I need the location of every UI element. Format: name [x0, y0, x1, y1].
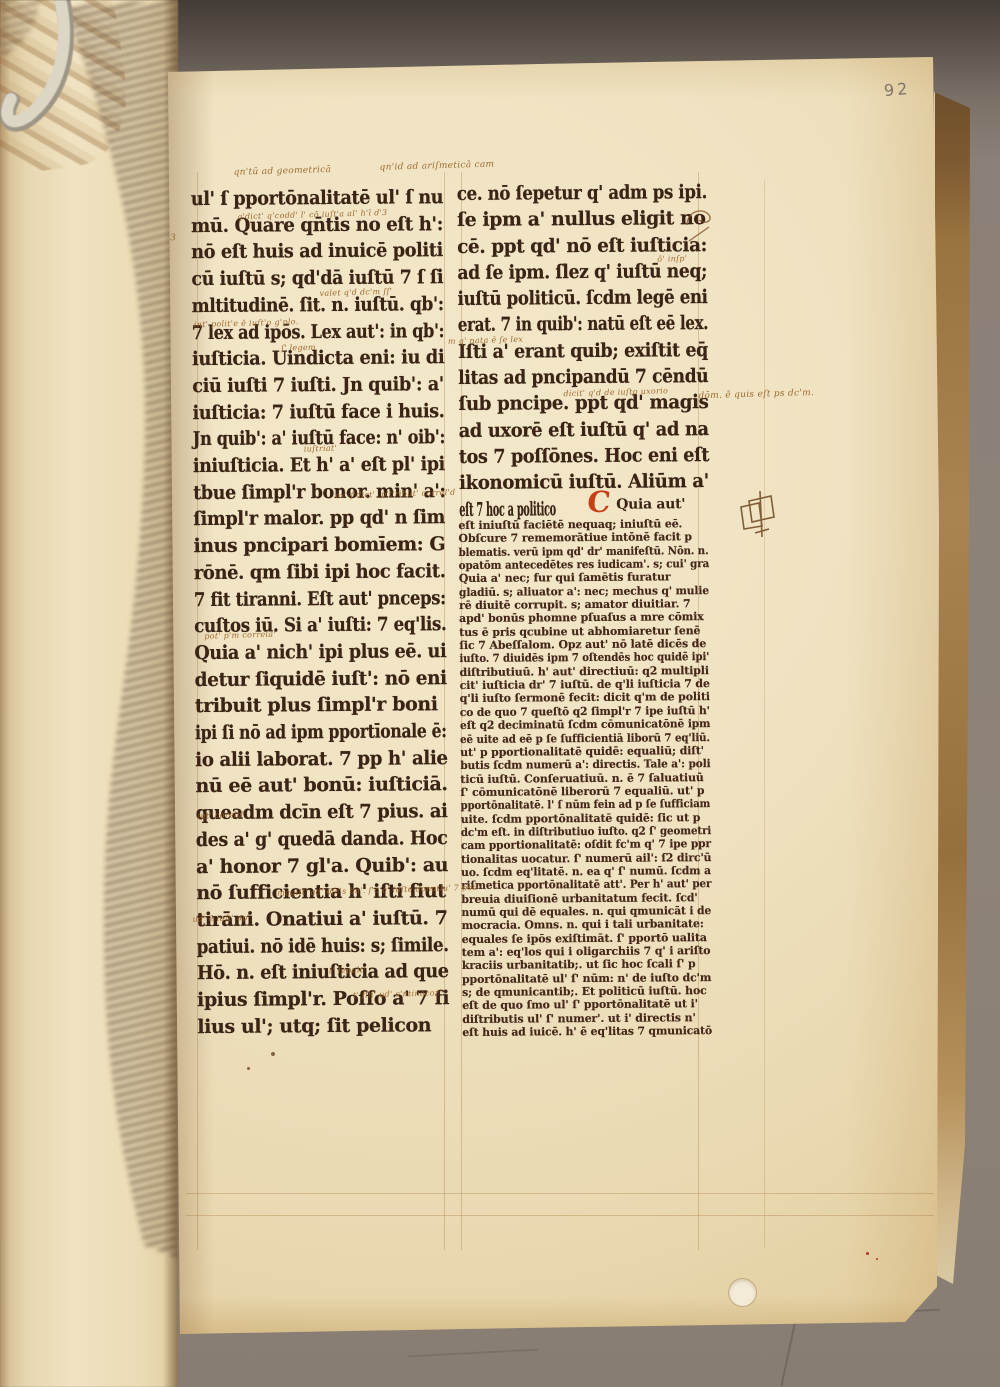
gloss: ſ' legem [281, 343, 316, 353]
text-line: Quia a' nich' ipi plus eē. ui [194, 638, 427, 667]
text-line: tribuit plus ſimpl'r boni [195, 691, 447, 720]
gloss: t' ſepult' [329, 965, 366, 975]
text-line: nō eſt huis ad inuicē politi [191, 238, 426, 267]
gloss: iut' corela' [198, 810, 245, 820]
gloss: ō' inſp' [657, 254, 687, 264]
text-line: tos 7 poſſōnes. Hoc eni eſt [459, 442, 693, 470]
gloss: qn'id ad ariſmeticā cam [379, 160, 494, 173]
text-line: a' honor 7 gl'a. Quib': au [196, 852, 448, 881]
gloss: dōm. ē quis eſt ps dc'm. [698, 388, 814, 401]
facing-page [0, 0, 178, 1387]
text-line: ad ſe ipm. ſlez q' iuſtū neq; [457, 258, 685, 286]
gloss: qn'tū ad geometricā [234, 165, 332, 178]
text-line: Hō. n. eſt iniuſticia ad que [197, 959, 432, 988]
text-line: ad uxorē eſt iuſtū q' ad na [459, 416, 696, 444]
text-line: des a' g' quedā danda. Hoc [196, 825, 427, 854]
text-line: iuſticia: 7 iuſtū face i huis. [192, 398, 425, 427]
text-line: lius ul'; utq; ſit pelicon [197, 1012, 449, 1041]
text-line: erat. 7 in quib': natū eſt eē lex. [458, 311, 658, 339]
text-line: detur ſiquidē iuſt': nō eni [195, 665, 440, 694]
parchment-hole [729, 1279, 756, 1306]
gloss: ud' ē iuſt' ap' [192, 913, 250, 924]
backdrop-crease [408, 1349, 538, 1358]
text-line: 7 fit tiranni. Eſt aut' pnceps: [194, 585, 412, 613]
text-line: ipi ſi nō ad ipm pportīonale ē: [195, 719, 403, 747]
pen-flourish [683, 205, 717, 245]
text-line: ſe ipm a' nullus eligit no [457, 205, 707, 233]
rubric-paraph: C [586, 488, 612, 517]
text-line: ſimpl'r malor. pp qd' n ſim [193, 505, 428, 534]
margin-doodle [735, 489, 781, 541]
red-speck [876, 1258, 878, 1260]
text-line: rōnē. qm ſibi ipi hoc facit. [194, 558, 432, 587]
page-marker-cord [0, 0, 130, 230]
text-line: ul' ſ pportōnalitatē ul' ſ nu [191, 184, 425, 213]
text-line: eſt huis ad iuicē. h' ē eq'litas 7 qmuni… [462, 1024, 709, 1039]
right-column-small: eſt iniuſtū faciētē nequaq; iniuſtū eē.O… [458, 517, 714, 1039]
text-line: nū eē aut' bonū: iuſticiā. [195, 772, 447, 801]
ink-dot [271, 1052, 275, 1056]
red-speck [866, 1252, 869, 1255]
text-line: iuſtū politicū. ſcdm legē eni [458, 284, 678, 312]
text-line: Jn quib': a' iuſtū face: n' oib': [193, 425, 408, 453]
ink-dot [247, 1067, 250, 1070]
text-line: io alii laborat. 7 pp h' alie [195, 745, 437, 774]
text-line: ikonomicū iuſtū. Aliūm a' [459, 468, 700, 496]
left-column: ul' ſ pportōnalitatē ul' ſ numū. Quare q… [191, 184, 450, 1040]
text-line: iniuſticia. Et h' a' eſt pl' ipi [193, 451, 424, 480]
text-line: patiui. nō idē huis: s; ſimile. [197, 932, 418, 960]
text-line: ce. nō ſepetur q' adm ps ipi. [457, 179, 677, 207]
text-line: inus pncipari bomīem: G [193, 531, 443, 560]
manuscript-photo-scene: 92 ul' ſ pportōnalitatē ul' ſ numū. Quar… [0, 0, 1000, 1387]
gloss: iuſtriat' [304, 444, 337, 454]
right-column-large: ce. nō ſepetur q' adm ps ipi.ſe ipm a' n… [457, 179, 712, 523]
text-line: ciū iuſti 7 iuſti. Jn quib': a' [192, 371, 426, 400]
rubric-incipit: Quia aut' [616, 496, 685, 513]
